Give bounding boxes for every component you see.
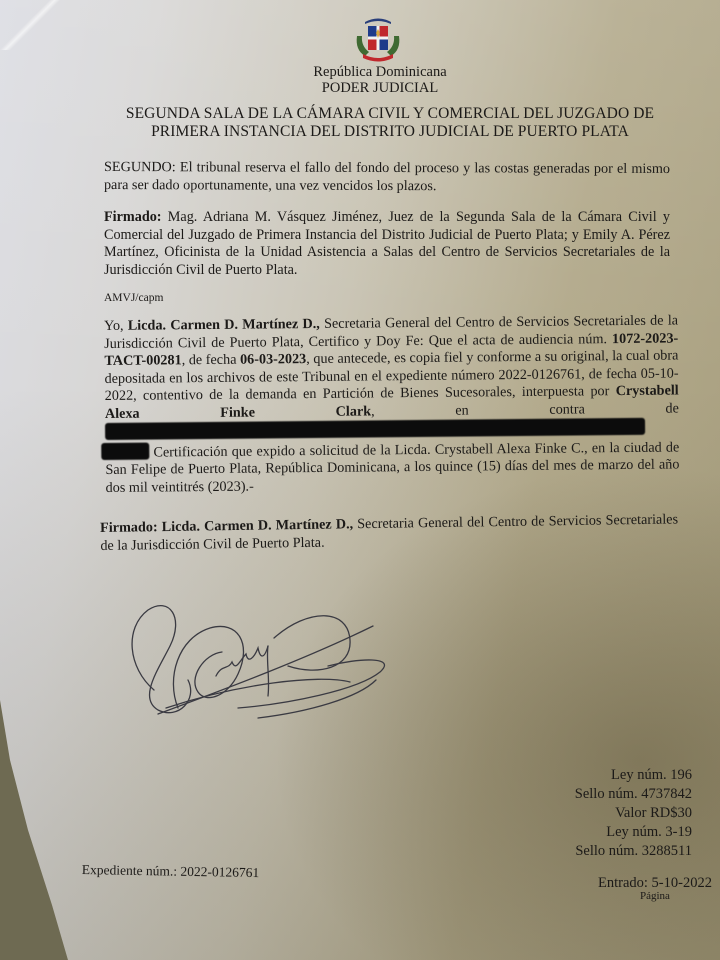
stamp-line: Valor RD$30 [575,804,692,823]
secretary-name: Licda. Carmen D. Martínez D., [128,316,320,334]
firmado-juez-paragraph: Firmado: Mag. Adriana M. Vásquez Jiménez… [104,209,670,279]
firmado-secretaria-paragraph: Firmado: Licda. Carmen D. Martínez D., S… [100,511,678,555]
coat-of-arms-icon [351,14,405,64]
certification-paragraph: Yo, Licda. Carmen D. Martínez D., Secret… [104,312,680,497]
court-title-line2: PRIMERA INSTANCIA DEL DISTRITO JUDICIAL … [100,123,680,141]
firmado-juez-text: Mag. Adriana M. Vásquez Jiménez, Juez de… [104,209,670,278]
expediente-number: Expediente núm.: 2022-0126761 [82,862,260,881]
signature-icon [118,588,398,728]
segundo-paragraph: SEGUNDO: El tribunal reserva el fallo de… [104,159,670,196]
cert-text5: Certificación que expido a solicitud de … [105,439,679,496]
cert-intro: Yo, [104,318,128,334]
firmado-secretaria-label: Firmado: Licda. Carmen D. Martínez D., [100,516,353,536]
acta-date: 06-03-2023 [240,351,306,368]
stamp-line: Sello núm. 3288511 [575,842,692,861]
document-content: República Dominicana PODER JUDICIAL SEGU… [0,0,720,960]
segundo-label: SEGUNDO: [104,159,176,175]
segundo-text: El tribunal reserva el fallo del fondo d… [104,159,670,193]
stamp-line: Ley núm. 3-19 [575,823,692,842]
stamp-line: Ley núm. 196 [575,766,692,785]
page-label: Página [640,890,670,902]
court-title-line1: SEGUNDA SALA DE LA CÁMARA CIVIL Y COMERC… [100,105,680,123]
initials: AMVJ/capm [104,292,163,304]
firmado-juez-label: Firmado: [104,209,162,225]
fiscal-stamp: Ley núm. 196 Sello núm. 4737842 Valor RD… [575,766,692,861]
court-title: SEGUNDA SALA DE LA CÁMARA CIVIL Y COMERC… [100,105,680,141]
redaction-bar [101,442,149,459]
cert-text2: , de fecha [182,352,241,369]
institution-name: PODER JUDICIAL [0,80,720,97]
stamp-line: Sello núm. 4737842 [575,785,692,804]
cert-text4: , en contra de [371,400,679,419]
country-name: República Dominicana [0,64,720,81]
